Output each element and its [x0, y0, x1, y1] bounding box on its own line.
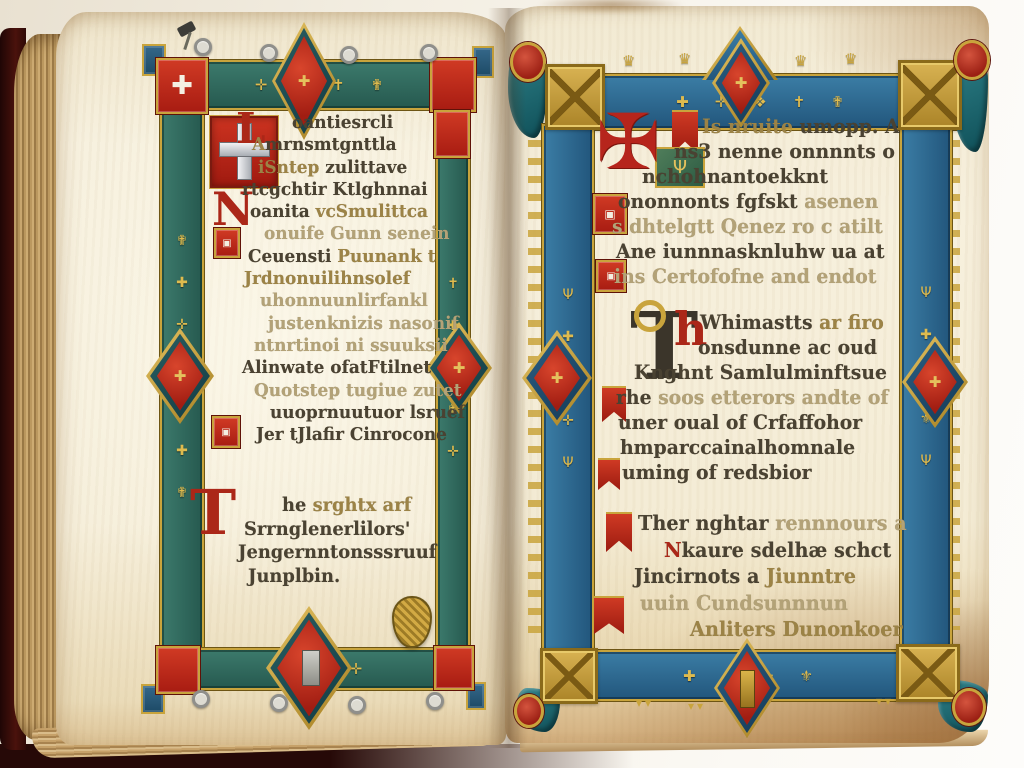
- diamond-panel-icon: [302, 650, 320, 686]
- gutter-shadow: [488, 8, 526, 748]
- gold-hatched-square-icon: [896, 644, 960, 702]
- manuscript-text-line: s dhtelgtt Qenez ro c atilt: [612, 214, 922, 239]
- small-red-square-icon: ▣: [212, 416, 240, 448]
- manuscript-text-line: justenknizis nasonif: [268, 313, 452, 335]
- text-segment: uner oual of Crfaffohor: [618, 410, 862, 434]
- manuscript-text-line: rhe soos etterors andte of: [616, 385, 922, 410]
- manuscript-text-line: iSntep zulittave: [258, 157, 452, 179]
- manuscript-text-line: Jrdnonuilihnsolef: [244, 268, 451, 290]
- text-segment: A: [252, 134, 265, 155]
- text-segment: Jer tJlafir Cinrocone: [256, 424, 447, 445]
- silver-ring-icon: [260, 44, 278, 62]
- manuscript-text-line: ns3 nenne onnnnts o: [674, 139, 926, 164]
- text-paragraph: Whimastts ar firoonsdunne ac oudKnghnt S…: [612, 310, 942, 485]
- text-paragraph: Is nruite umopp. Ans3 nenne onnnnts onch…: [612, 114, 942, 289]
- text-segment: justenknizis nasonif: [268, 313, 459, 334]
- paragraph-initial: T: [190, 482, 236, 544]
- text-segment: rtcgchtir Ktlghnnai: [242, 179, 428, 200]
- silver-ring-icon: [192, 690, 210, 708]
- text-segment: Ther nghtar: [638, 511, 775, 535]
- manuscript-text-line: Jincirnots a Jiunntre: [634, 563, 925, 590]
- crown-ornament-icon: ♛: [678, 50, 693, 68]
- manuscript-text-line: Jer tJlafir Cinrocone: [256, 424, 452, 446]
- manuscript-text-line: uuin Cundsunnnun: [640, 590, 926, 617]
- text-segment: Ceuensti: [248, 246, 337, 267]
- silver-ring-icon: [194, 38, 212, 56]
- text-segment: iSntep: [258, 157, 319, 178]
- gold-ring-icon: [634, 300, 666, 332]
- text-segment: oanita: [250, 201, 316, 222]
- manuscript-text-line: onuife Gunn senein: [264, 223, 452, 245]
- manuscript-text-line: Alinwate ofatFtilnet: [242, 357, 451, 379]
- manuscript-text-line: Whimastts ar firo: [700, 310, 927, 335]
- diamond-panel-icon: [740, 670, 755, 708]
- text-segment: Srrnglenerlilors': [244, 518, 410, 540]
- text-segment: N: [664, 538, 682, 562]
- manuscript-photo-scene: ✛✚✝✟ ✟✚✛✝☩✚✟ ✝✚☩✟✛ ✚⚜✛ ✚ ✚ ✚ ✚: [0, 0, 1024, 768]
- text-segment: onuife Gunn senein: [264, 223, 450, 244]
- text-paragraph: oantiesrcliAmrnsmtgnttlaiSntep zulittave…: [242, 112, 464, 446]
- text-segment: asenen: [804, 189, 878, 213]
- text-segment: Jrdnonuilihnsolef: [244, 268, 410, 289]
- text-segment: nchohnantoekknt: [642, 164, 828, 188]
- manuscript-text-line: Quotstep tugiue zutet: [254, 380, 451, 402]
- crown-ornament-icon: ♛: [844, 50, 859, 68]
- manuscript-text-line: ntnrtinoi ni ssuuksii: [254, 335, 451, 357]
- manuscript-text-line: Srrnglenerlilors': [244, 518, 445, 542]
- crown-ornament-icon: ♛: [794, 52, 809, 70]
- text-segment: s dhtelgtt Qenez ro c atilt: [612, 214, 883, 238]
- text-segment: Puunank t: [337, 246, 435, 267]
- corner-square-cross-icon: ✚: [156, 58, 208, 114]
- manuscript-text-line: rtcgchtir Ktlghnnai: [242, 179, 451, 201]
- manuscript-text-line: ononnonts fgfskt asenen: [618, 189, 923, 214]
- text-segment: ins Certofofne and endot: [614, 264, 876, 288]
- manuscript-text-line: uner oual of Crfaffohor: [618, 410, 923, 435]
- manuscript-text-line: hmparccainalhomnale: [620, 435, 923, 460]
- crown-ornament-icon: ♛: [622, 52, 637, 70]
- manuscript-text-line: Ceuensti Puunank t: [248, 246, 451, 268]
- manuscript-text-line: Amrnsmtgnttla: [252, 134, 451, 156]
- red-medallion-icon: [954, 40, 990, 80]
- manuscript-text-line: Ther nghtar rennnours a: [638, 510, 926, 537]
- text-segment: Jiunntre: [766, 564, 856, 588]
- silver-ring-icon: [348, 696, 366, 714]
- text-segment: Ane iunnnasknluhw ua at: [616, 239, 885, 263]
- text-segment: Jengernntonsssruuf: [238, 541, 436, 563]
- manuscript-text-line: Knghnt Samlulminftsue: [634, 360, 924, 385]
- manuscript-text-line: Ane iunnnasknluhw ua at: [616, 239, 922, 264]
- manuscript-text-line: Jengernntonsssruuf: [238, 541, 445, 565]
- text-segment: he: [282, 494, 313, 516]
- gold-fringe-icon: ▾▾: [688, 699, 706, 713]
- text-segment: kaure sdelhæ schct: [682, 538, 892, 562]
- text-segment: zulittave: [319, 157, 407, 178]
- text-segment: Anliters Dunonkoer: [690, 617, 903, 641]
- text-segment: oantiesrcli: [292, 112, 393, 133]
- manuscript-text-line: uhonnuunlirfankl: [260, 290, 452, 312]
- text-segment: uuin Cundsunnnun: [640, 591, 848, 615]
- red-medallion-icon: [952, 688, 986, 726]
- manuscript-text-line: ins Certofofne and endot: [614, 264, 922, 289]
- silver-ring-icon: [270, 694, 288, 712]
- corner-square-icon: [434, 646, 474, 690]
- silver-ring-icon: [340, 46, 358, 64]
- text-paragraph: Ther nghtar rennnours aNkaure sdelhæ sch…: [634, 510, 944, 643]
- red-medallion-icon: [510, 42, 546, 82]
- text-segment: ar firo: [819, 310, 884, 334]
- text-segment: umopp. A: [800, 114, 900, 138]
- text-segment: Is nruite: [702, 114, 800, 138]
- manuscript-text-line: Is nruite umopp. A: [702, 114, 928, 139]
- text-segment: onsdunne ac oud: [698, 335, 877, 359]
- text-paragraph: he srghtx arfSrrnglenerlilors'Jengernnto…: [238, 494, 458, 588]
- gold-fringe-icon: ▾▾: [636, 696, 654, 710]
- manuscript-text-line: uuoprnuutuor lsruef: [270, 402, 452, 424]
- corner-square-icon: [430, 58, 476, 112]
- manuscript-text-line: nchohnantoekknt: [642, 164, 924, 189]
- corner-square-icon: [156, 646, 200, 694]
- gold-fringe-icon: ▾▾: [876, 694, 894, 708]
- text-segment: ononnonts fgfskt: [618, 189, 804, 213]
- silver-ring-icon: [420, 44, 438, 62]
- silver-ring-icon: [426, 692, 444, 710]
- text-segment: ntnrtinoi ni ssuuksii: [254, 335, 448, 356]
- text-segment: soos etterors andte of: [658, 385, 888, 409]
- text-segment: ns3 nenne onnnnts o: [674, 139, 895, 163]
- manuscript-text-line: he srghtx arf: [282, 494, 447, 518]
- text-segment: rhe: [616, 385, 658, 409]
- text-segment: srghtx arf: [313, 494, 412, 516]
- manuscript-text-line: Junplbin.: [248, 565, 445, 589]
- manuscript-text-line: uming of redsbior: [622, 460, 923, 485]
- manuscript-text-line: oanita vcSmulittca: [250, 201, 451, 223]
- text-segment: Whimastts: [700, 310, 819, 334]
- manuscript-text-line: Anliters Dunonkoer: [690, 616, 929, 643]
- text-segment: uhonnuunlirfankl: [260, 290, 428, 311]
- text-segment: Knghnt Samlulminftsue: [634, 360, 887, 384]
- text-segment: hmparccainalhomnale: [620, 435, 855, 459]
- text-segment: Quotstep tugiue zutet: [254, 380, 462, 401]
- text-segment: vcSmulittca: [316, 201, 428, 222]
- text-segment: mrnsmtgnttla: [265, 134, 397, 155]
- text-segment: Jincirnots a: [634, 564, 766, 588]
- burn-mark: [536, 0, 686, 14]
- text-segment: Junplbin.: [248, 565, 340, 587]
- text-segment: uuoprnuutuor lsruef: [270, 402, 465, 423]
- gold-hatched-square-icon: [540, 648, 598, 704]
- manuscript-text-line: Nkaure sdelhæ schct: [664, 537, 927, 564]
- red-medallion-icon: [514, 694, 544, 728]
- text-segment: uming of redsbior: [622, 460, 812, 484]
- text-segment: Alinwate ofatFtilnet: [242, 357, 431, 378]
- manuscript-text-line: onsdunne ac oud: [698, 335, 927, 360]
- text-segment: rennnours a: [775, 511, 907, 535]
- manuscript-text-line: oantiesrcli: [292, 112, 454, 134]
